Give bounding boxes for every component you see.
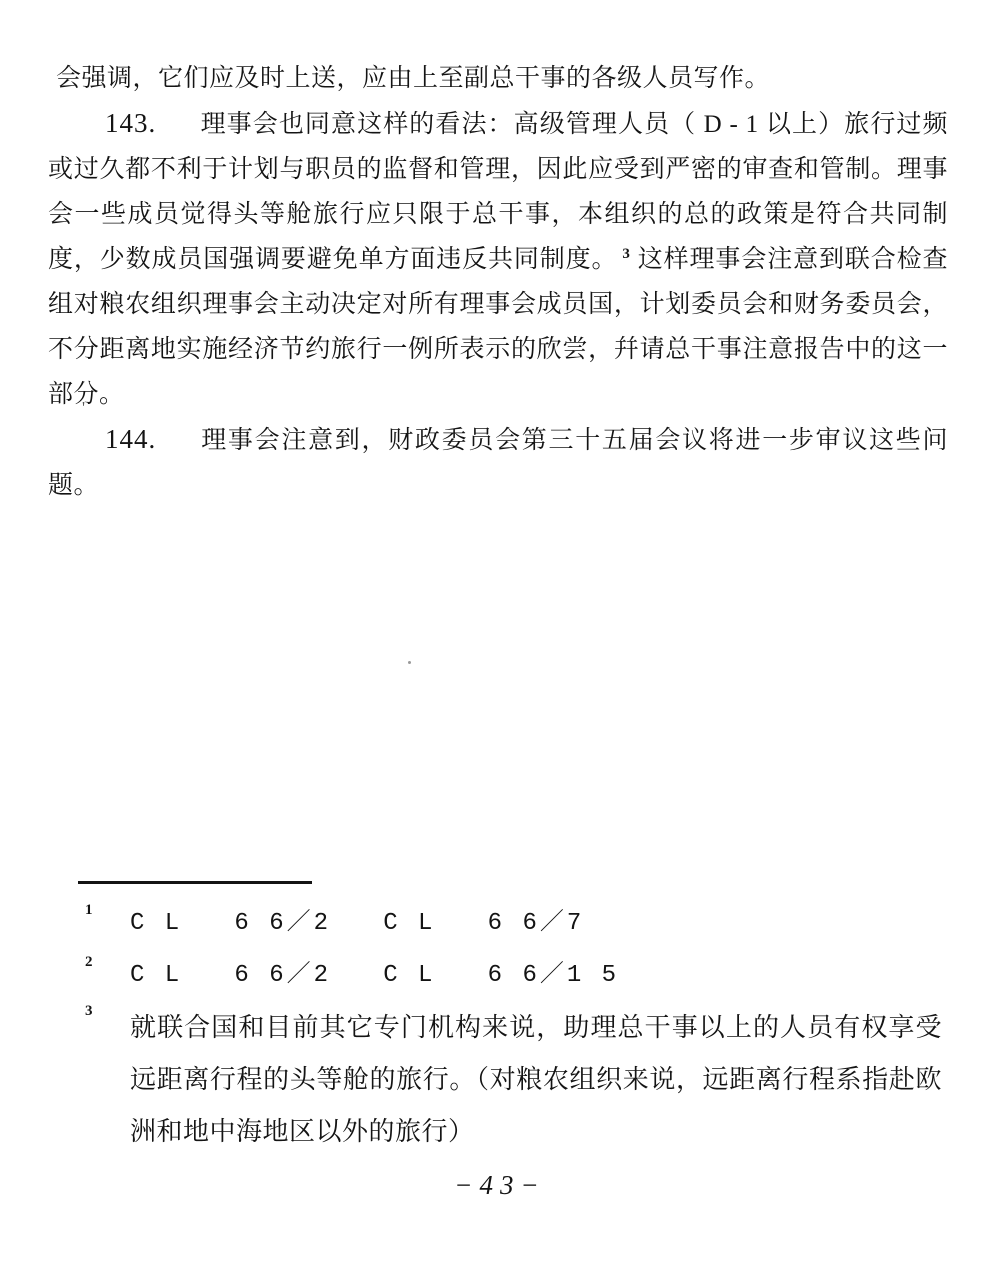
footnote-text-2: C L 6 6／2 C L 6 6／1 5 (130, 953, 619, 989)
stray-scan-mark: ' (82, 398, 85, 418)
continuation-paragraph: 会强调，它们应及时上送，应由上至副总干事的各级人员写作。 (48, 56, 948, 101)
footnote-ref-3: 3 (622, 246, 630, 262)
paragraph-144: 144.理事会注意到，财政委员会第三十五届会议将进一步审议这些问题。 (48, 417, 948, 508)
page-number: −43− (0, 1170, 1000, 1201)
footnote-text-3: 就联合国和目前其它专门机构来说，助理总干事以上的人员有权享受远距离行程的头等舱的… (130, 1002, 942, 1158)
scan-speck (408, 661, 411, 664)
footnote-text-1: C L 6 6／2 C L 6 6／7 (130, 901, 584, 937)
footnote-marker-3: 3 (85, 1002, 130, 1020)
footnote-item-1: 1 C L 6 6／2 C L 6 6／7 (85, 901, 584, 937)
paragraph-144-number: 144. (105, 417, 200, 462)
body-text-block: 会强调，它们应及时上送，应由上至副总干事的各级人员写作。 143.理事会也同意这… (48, 56, 948, 508)
footnote-marker-1: 1 (85, 901, 130, 919)
footnote-item-2: 2 C L 6 6／2 C L 6 6／1 5 (85, 953, 619, 989)
document-page: 会强调，它们应及时上送，应由上至副总干事的各级人员写作。 143.理事会也同意这… (0, 0, 1000, 1276)
footnote-item-3: 3 就联合国和目前其它专门机构来说，助理总干事以上的人员有权享受远距离行程的头等… (85, 1002, 942, 1158)
footnote-marker-2: 2 (85, 953, 130, 971)
paragraph-143: 143.理事会也同意这样的看法：高级管理人员（ D - 1 以上）旅行过频或过久… (48, 101, 948, 417)
paragraph-143-number: 143. (105, 101, 200, 146)
footnote-divider (78, 881, 312, 884)
